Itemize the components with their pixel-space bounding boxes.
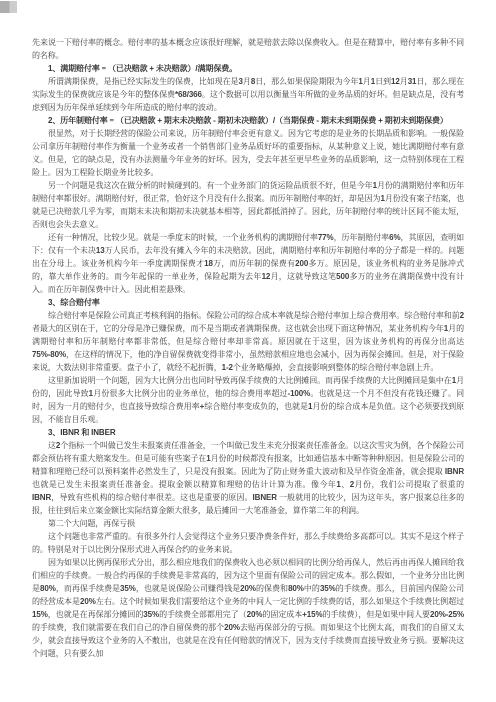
numeric-text: 200	[295, 259, 308, 268]
numeric-text: 20%	[247, 610, 263, 619]
numeric-text: 1	[444, 324, 448, 333]
numeric-text: 18	[204, 259, 213, 268]
numeric-text: INBER	[91, 428, 115, 437]
paragraph: 第二个大问题，再保亏损	[32, 517, 464, 530]
numeric-text: 1	[336, 480, 340, 489]
numeric-text: 2	[56, 441, 60, 450]
paragraph: 这里新加说明一个问题，因为大比例分出也同时导致再保手续费的大比例摊回。而再保手续…	[32, 374, 464, 426]
numeric-text: 500	[336, 272, 349, 281]
paragraph: 还有一种情况，比较少见。就是一季度末的时候，一个业务机构的满期赔付率77%，历年…	[32, 231, 464, 296]
numeric-text: 3	[238, 77, 242, 86]
numeric-text: 1	[358, 77, 362, 86]
numeric-text: 2	[460, 311, 464, 320]
paragraph: 所谓满期保费，是指已经实际发生的保费，比如现在是3月8日，那么如果保险期限为今年…	[32, 75, 464, 114]
scan-artifact	[0, 1, 17, 13]
numeric-text: 2	[48, 116, 52, 125]
numeric-text: 13	[96, 246, 105, 255]
numeric-text: /	[195, 64, 197, 73]
paragraph: 先来说一下赔付率的概念。赔付率的基本概念应该很好理解，就是赔款去除以保费收入。但…	[32, 36, 464, 62]
numeric-text: 8	[251, 77, 255, 86]
numeric-text: 80%	[288, 584, 304, 593]
numeric-text: 35%	[143, 610, 159, 619]
paragraph: 很显然，对于长期经营的保险公司来说，历年制赔付率会更有意义。因为它考虑的是业务的…	[32, 127, 464, 179]
section-heading: 3、IBNR 和 INBER	[32, 426, 464, 439]
paragraph: 因为如果以比例再保形式分出，那么相应地我们的保费收入也必须以相同的比例分给再保人…	[32, 556, 464, 660]
numeric-text: 31	[408, 77, 417, 86]
document-page: 先来说一下赔付率的概念。赔付率的基本概念应该很好理解，就是赔款去除以保费收入。但…	[0, 0, 496, 702]
numeric-text: +	[149, 64, 154, 73]
numeric-text: 12	[262, 272, 271, 281]
section-heading: 2、历年制赔付率 = （已决赔款 + 期末未决赔款 - 期初未决赔款）/（当期保…	[32, 114, 464, 127]
numeric-text: IBNER	[253, 493, 277, 502]
numeric-text: IBNR	[445, 467, 464, 476]
paragraph: 这个问题也非常严重的。有很多外行人会觉得这个业务只要净费条件好，那么手续费给多高…	[32, 530, 464, 556]
numeric-text: 1	[308, 402, 312, 411]
numeric-text: +	[200, 402, 205, 411]
numeric-text: 3	[48, 428, 52, 437]
numeric-text: 1	[452, 376, 456, 385]
numeric-text: 1-2	[222, 363, 233, 372]
numeric-text: 6%	[389, 233, 400, 242]
numeric-text: -	[316, 116, 319, 125]
numeric-text: 1	[206, 454, 210, 463]
numeric-text: 1	[89, 389, 93, 398]
numeric-text: *68/366	[175, 90, 202, 99]
numeric-text: 1	[371, 77, 375, 86]
numeric-text: -100%	[288, 389, 311, 398]
paragraph: 另一个问题是我这次在做分析的时候碰到的。有一个业务部门的货运险品质很不好，但是今…	[32, 179, 464, 231]
paragraph: 这2个指标一个叫做已发生未报案责任准备金，一个叫做已发生未充分报案责任准备金。以…	[32, 439, 464, 517]
numeric-text: +15%	[302, 610, 322, 619]
numeric-text: +	[378, 116, 383, 125]
document-body: 先来说一下赔付率的概念。赔付率的基本概念应该很好理解，就是赔款去除以保费收入。但…	[32, 36, 464, 660]
numeric-text: /	[273, 116, 275, 125]
numeric-text: 20%	[80, 597, 96, 606]
numeric-text: 77%	[318, 233, 334, 242]
numeric-text: 35%	[120, 584, 136, 593]
numeric-text: 2	[350, 480, 354, 489]
numeric-text: 20%	[240, 584, 256, 593]
numeric-text: +	[157, 116, 162, 125]
paragraph: 综合赔付率是保险公司真正考核利润的指标。保险公司的综合成本率就是综合赔付率加上综…	[32, 309, 464, 374]
numeric-text: 35%	[320, 584, 336, 593]
numeric-text: 20%-25%	[430, 610, 464, 619]
section-heading: 1、满期赔付率 = （已决赔款 + 未决赔款）/满期保费。	[32, 62, 464, 75]
numeric-text: 3	[48, 298, 52, 307]
numeric-text: 1	[380, 194, 384, 203]
numeric-text: 12	[391, 77, 400, 86]
section-heading: 3、综合赔付率	[32, 296, 464, 309]
numeric-text: IBNR	[60, 428, 79, 437]
numeric-text: 15%	[32, 610, 48, 619]
numeric-text: 75%-80%	[32, 350, 66, 359]
numeric-text: 1	[373, 181, 377, 190]
numeric-text: -	[213, 116, 216, 125]
numeric-text: 80%	[40, 584, 56, 593]
numeric-text: 20%	[224, 623, 240, 632]
numeric-text: IBNR	[32, 493, 51, 502]
numeric-text: 1	[48, 64, 52, 73]
